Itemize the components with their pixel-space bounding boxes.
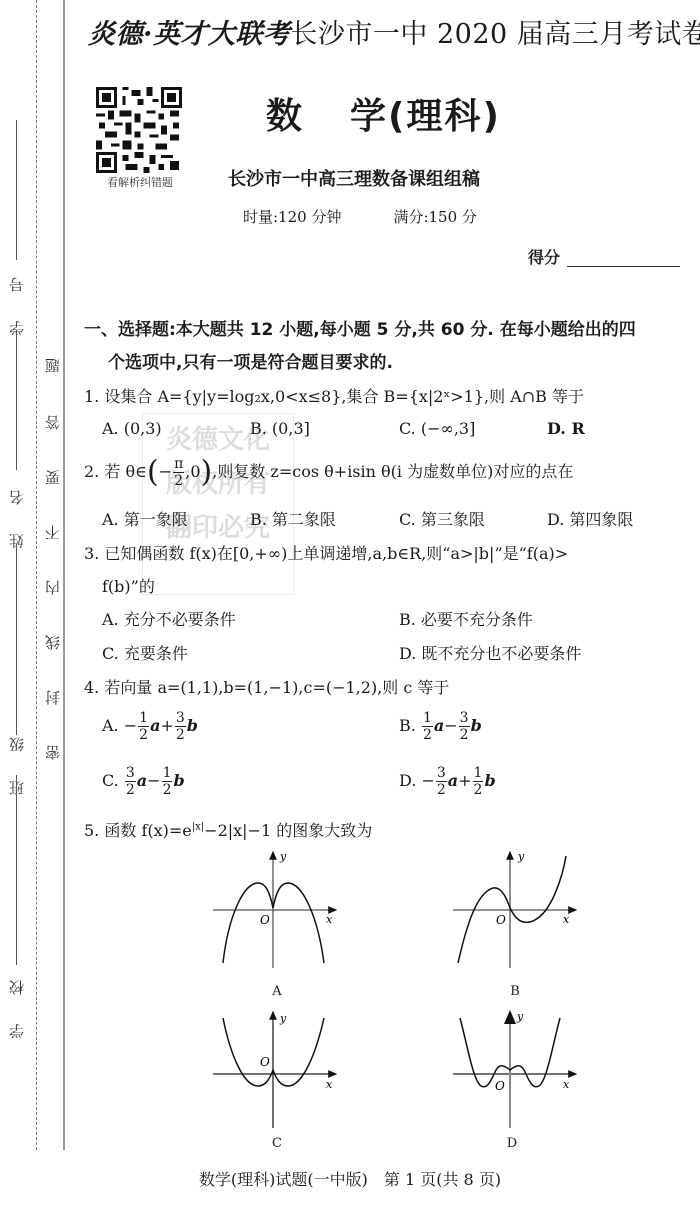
school-blank — [16, 775, 17, 965]
qr-caption: 看解析纠错题 — [92, 174, 188, 190]
question-2: 2. 若 θ∈(−π2,0),则复数 z=cos θ+isin θ(i 为虚数单… — [84, 456, 573, 489]
svg-text:O: O — [260, 1055, 270, 1069]
exam-brand: 炎德·英才大联考 — [88, 19, 290, 50]
question-stem: 若向量 a=(1,1),b=(1,−1),c=(−1,2),则 c 等于 — [104, 678, 449, 697]
time-limit: 时量:120 分钟 — [243, 208, 341, 226]
question-3: 3. 已知偶函数 f(x)在[0,+∞)上单调递增,a,b∈R,则“a>|b|”… — [84, 541, 568, 564]
fraction: 32 — [459, 710, 470, 743]
svg-text:x: x — [326, 1078, 333, 1091]
seal-char: 内 — [42, 580, 63, 595]
question-number: 3. — [84, 544, 99, 563]
question-stem-a: 若 θ∈ — [104, 462, 147, 481]
seal-char: 不 — [42, 525, 63, 540]
score-blank[interactable] — [567, 266, 680, 267]
section-line-2: 个选项中,只有一项是符合题目要求的. — [84, 347, 689, 380]
seal-char: 封 — [42, 690, 63, 705]
seal-char: 密 — [42, 745, 63, 760]
school-label: 学 校 — [6, 968, 27, 1039]
svg-text:x: x — [563, 913, 570, 926]
q3-option-c[interactable]: C. 充要条件 — [102, 641, 188, 664]
fraction: 12 — [422, 710, 433, 743]
svg-text:O: O — [495, 1079, 505, 1093]
binding-dotted-line — [36, 0, 37, 1150]
graph-a[interactable]: y x O — [208, 848, 348, 988]
interval-close: ) — [201, 455, 213, 490]
binding-solid-line — [63, 0, 65, 1150]
q4-option-a[interactable]: A. −12a+32b — [102, 710, 198, 743]
svg-text:y: y — [279, 1012, 287, 1025]
subject-char-1: 数 — [266, 96, 304, 137]
interval-open: ( — [147, 455, 159, 490]
svg-text:y: y — [517, 850, 525, 863]
q4-option-c[interactable]: C. 32a−12b — [102, 765, 185, 798]
svg-text:y: y — [279, 850, 287, 863]
section-instructions: 一、选择题:本大题共 12 小题,每小题 5 分,共 60 分. 在每小题给出的… — [84, 314, 689, 380]
q3-option-b[interactable]: B. 必要不充分条件 — [399, 607, 533, 630]
subject-char-2: 学(理科) — [350, 96, 501, 137]
seal-char: 要 — [42, 470, 63, 485]
score-label: 得分 — [528, 245, 560, 268]
q1-option-d[interactable]: D. R — [547, 419, 585, 438]
graph-c-label: C — [267, 1136, 287, 1151]
question-4: 4. 若向量 a=(1,1),b=(1,−1),c=(−1,2),则 c 等于 — [84, 675, 449, 698]
fraction-pi-over-2: π2 — [173, 456, 184, 489]
question-number: 2. — [84, 462, 99, 481]
exam-title: 炎德·英才大联考长沙市一中 2020 届高三月考试卷(二) — [88, 12, 700, 51]
qr-code-icon[interactable] — [96, 87, 182, 173]
svg-text:y: y — [516, 1010, 524, 1023]
full-score: 满分:150 分 — [393, 208, 476, 226]
q2-option-c[interactable]: C. 第三象限 — [399, 507, 485, 530]
exam-title-rest: 长沙市一中 2020 届高三月考试卷(二) — [290, 19, 700, 50]
class-blank — [16, 545, 17, 735]
graph-b[interactable]: y x O — [448, 848, 588, 988]
q1-option-a[interactable]: A. (0,3) — [102, 419, 162, 438]
fraction: 12 — [138, 710, 149, 743]
page-footer: 数学(理科)试题(一中版) 第 1 页(共 8 页) — [0, 1167, 700, 1190]
question-number: 1. — [84, 387, 99, 406]
question-stem-a: 函数 f(x)=e — [104, 821, 191, 840]
section-line-1: 一、选择题:本大题共 12 小题,每小题 5 分,共 60 分. 在每小题给出的… — [84, 320, 636, 340]
question-stem: A={y|y=log₂x,0<x≤8},集合 B={x|2ˣ>1},则 A∩B … — [157, 387, 584, 406]
q3-option-a[interactable]: A. 充分不必要条件 — [102, 607, 236, 630]
question-stem-b: −2|x|−1 的图象大致为 — [204, 821, 372, 840]
question-stem-line-1: 已知偶函数 f(x)在[0,+∞)上单调递增,a,b∈R,则“a>|b|”是“f… — [104, 544, 568, 563]
graph-d-label: D — [502, 1136, 522, 1151]
question-number: 4. — [84, 678, 99, 697]
question-stem-b: ,则复数 z=cos θ+isin θ(i 为虚数单位)对应的点在 — [212, 462, 573, 481]
exponent: |x| — [192, 822, 204, 833]
question-number: 5. — [84, 821, 99, 840]
svg-text:O: O — [496, 913, 506, 927]
interval-minus: − — [159, 462, 172, 481]
student-id-blank — [16, 120, 17, 260]
question-3-cont: f(b)”的 — [102, 574, 155, 597]
watermark: 炎德文化 版权所有 翻印必究 — [142, 413, 294, 595]
svg-text:O: O — [260, 913, 270, 927]
interval-rest: ,0 — [185, 462, 200, 481]
graph-a-label: A — [267, 984, 287, 999]
seal-char: 线 — [42, 635, 63, 650]
question-stem-prefix: 设集合 — [104, 387, 152, 406]
q4-option-b[interactable]: B. 12a−32b — [399, 710, 482, 743]
fraction: 32 — [175, 710, 186, 743]
q2-option-a[interactable]: A. 第一象限 — [102, 507, 188, 530]
fraction: 32 — [436, 765, 447, 798]
question-5: 5. 函数 f(x)=e|x|−2|x|−1 的图象大致为 — [84, 818, 372, 841]
question-1: 1. 设集合 A={y|y=log₂x,0<x≤8},集合 B={x|2ˣ>1}… — [84, 384, 584, 407]
q1-option-c[interactable]: C. (−∞,3] — [399, 419, 475, 438]
q1-option-b[interactable]: B. (0,3] — [250, 419, 310, 438]
author-line: 长沙市一中高三理数备课组组稿 — [228, 165, 480, 191]
name-label: 姓 名 — [6, 478, 27, 549]
graph-d[interactable]: y x O — [448, 1008, 588, 1148]
fraction: 12 — [473, 765, 484, 798]
q4-option-d[interactable]: D. −32a+12b — [399, 765, 496, 798]
fraction: 12 — [162, 765, 173, 798]
svg-text:x: x — [326, 913, 333, 926]
seal-char: 题 — [42, 358, 63, 373]
student-id-label: 学 号 — [6, 265, 27, 336]
exam-meta: 时量:120 分钟满分:150 分 — [243, 206, 477, 227]
q2-option-d[interactable]: D. 第四象限 — [547, 507, 633, 530]
seal-char: 答 — [42, 415, 63, 430]
svg-text:x: x — [563, 1078, 570, 1091]
graph-c[interactable]: y x O — [208, 1008, 348, 1148]
fraction: 32 — [125, 765, 136, 798]
subject-title: 数学(理科) — [266, 88, 501, 139]
q2-option-b[interactable]: B. 第二象限 — [250, 507, 336, 530]
name-blank — [16, 330, 17, 470]
graph-b-label: B — [505, 984, 525, 999]
q3-option-d[interactable]: D. 既不充分也不必要条件 — [399, 641, 581, 664]
